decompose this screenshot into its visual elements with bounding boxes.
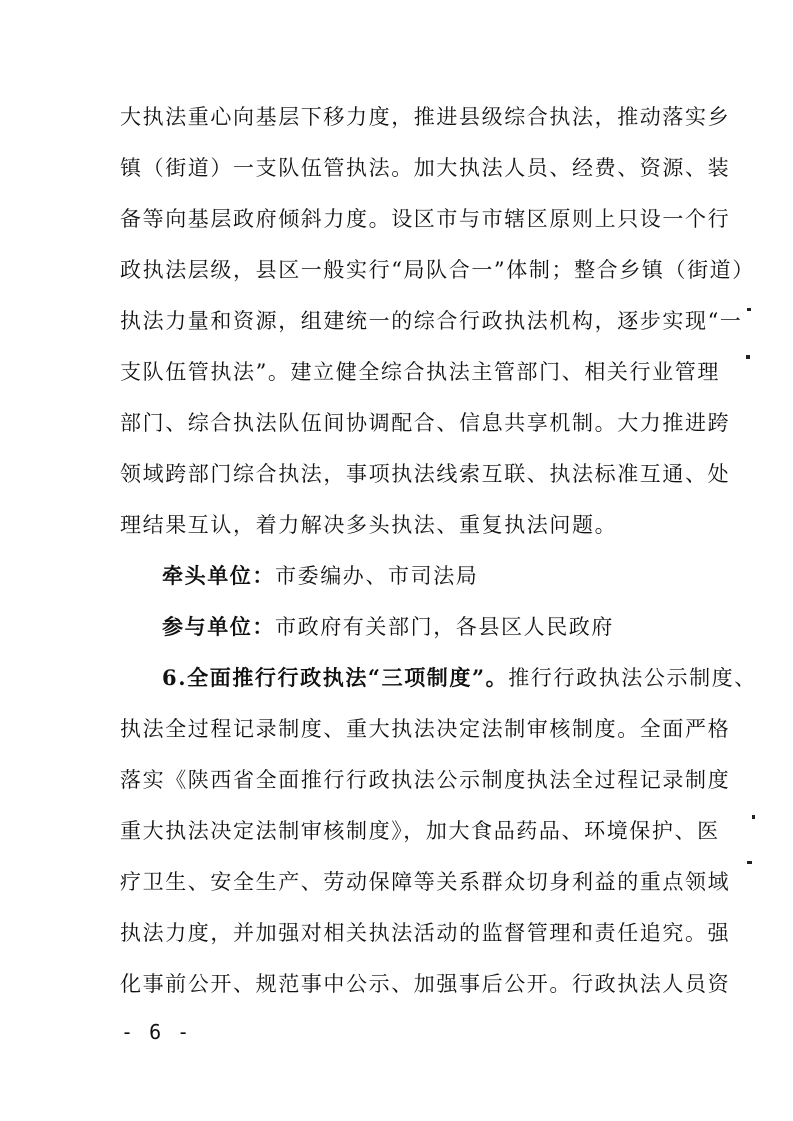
paragraph-line: 执法力量和资源，组建统一的综合行政执法机构，逐步实现“一 [120, 307, 700, 335]
paragraph-line: 执法全过程记录制度、重大执法决定法制审核制度。全面严格 [120, 715, 700, 743]
section-6-heading: 6.全面推行行政执法“三项制度”。 [162, 665, 508, 690]
lead-unit-value: 市委编办、市司法局 [275, 564, 478, 588]
paragraph-line: 化事前公开、规范事中公示、加强事后公开。行政执法人员资 [120, 970, 700, 998]
paragraph-line: 重大执法决定法制审核制度》，加大食品药品、环境保护、医 [120, 817, 700, 845]
paragraph-line: 领域跨部门综合执法，事项执法线索互联、执法标准互通、处 [120, 460, 700, 488]
participating-units-value: 市政府有关部门，各县区人民政府 [275, 615, 614, 639]
paragraph-line: 部门、综合执法队伍间协调配合、信息共享机制。大力推进跨 [120, 409, 700, 437]
lead-unit-label: 牵头单位： [162, 563, 275, 588]
document-page: 大执法重心向基层下移力度，推进县级综合执法，推动落实乡 镇（街道）一支队伍管执法… [0, 0, 793, 1121]
paragraph-line: 疗卫生、安全生产、劳动保障等关系群众切身利益的重点领域 [120, 868, 700, 896]
participating-units-line: 参与单位：市政府有关部门，各县区人民政府 [162, 613, 700, 641]
paragraph-line: 落实《陕西省全面推行行政执法公示制度执法全过程记录制度 [120, 766, 700, 794]
paragraph-line: 理结果互认，着力解决多头执法、重复执法问题。 [120, 511, 700, 539]
paragraph-line: 支队伍管执法”。建立健全综合执法主管部门、相关行业管理 [120, 358, 700, 386]
scan-mark [747, 308, 751, 311]
participating-units-label: 参与单位： [162, 614, 275, 639]
lead-unit-line: 牵头单位：市委编办、市司法局 [162, 562, 700, 590]
scan-mark [752, 815, 755, 819]
paragraph-line: 备等向基层政府倾斜力度。设区市与市辖区原则上只设一个行 [120, 205, 700, 233]
scan-mark [747, 861, 752, 864]
page-number: - 6 - [121, 1020, 191, 1044]
paragraph-line: 政执法层级，县区一般实行“局队合一”体制；整合乡镇（街道） [120, 256, 700, 284]
section-6-text: 推行行政执法公示制度、 [508, 666, 757, 690]
scan-mark [746, 355, 750, 359]
section-6-heading-line: 6.全面推行行政执法“三项制度”。推行行政执法公示制度、 [162, 664, 700, 692]
paragraph-line: 执法力度，并加强对相关执法活动的监督管理和责任追究。强 [120, 919, 700, 947]
paragraph-line: 镇（街道）一支队伍管执法。加大执法人员、经费、资源、装 [120, 154, 700, 182]
paragraph-line: 大执法重心向基层下移力度，推进县级综合执法，推动落实乡 [120, 103, 700, 131]
